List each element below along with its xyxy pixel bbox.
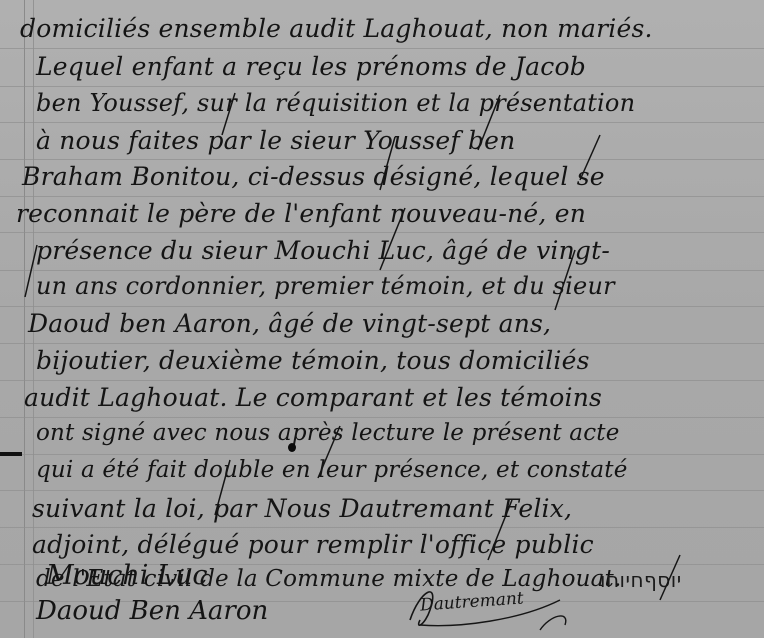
pen-strokes [0,0,764,638]
document-page: domiciliés ensemble audit Laghouat, non … [0,0,764,638]
ink-blot [288,443,296,452]
margin-mark [0,452,22,456]
